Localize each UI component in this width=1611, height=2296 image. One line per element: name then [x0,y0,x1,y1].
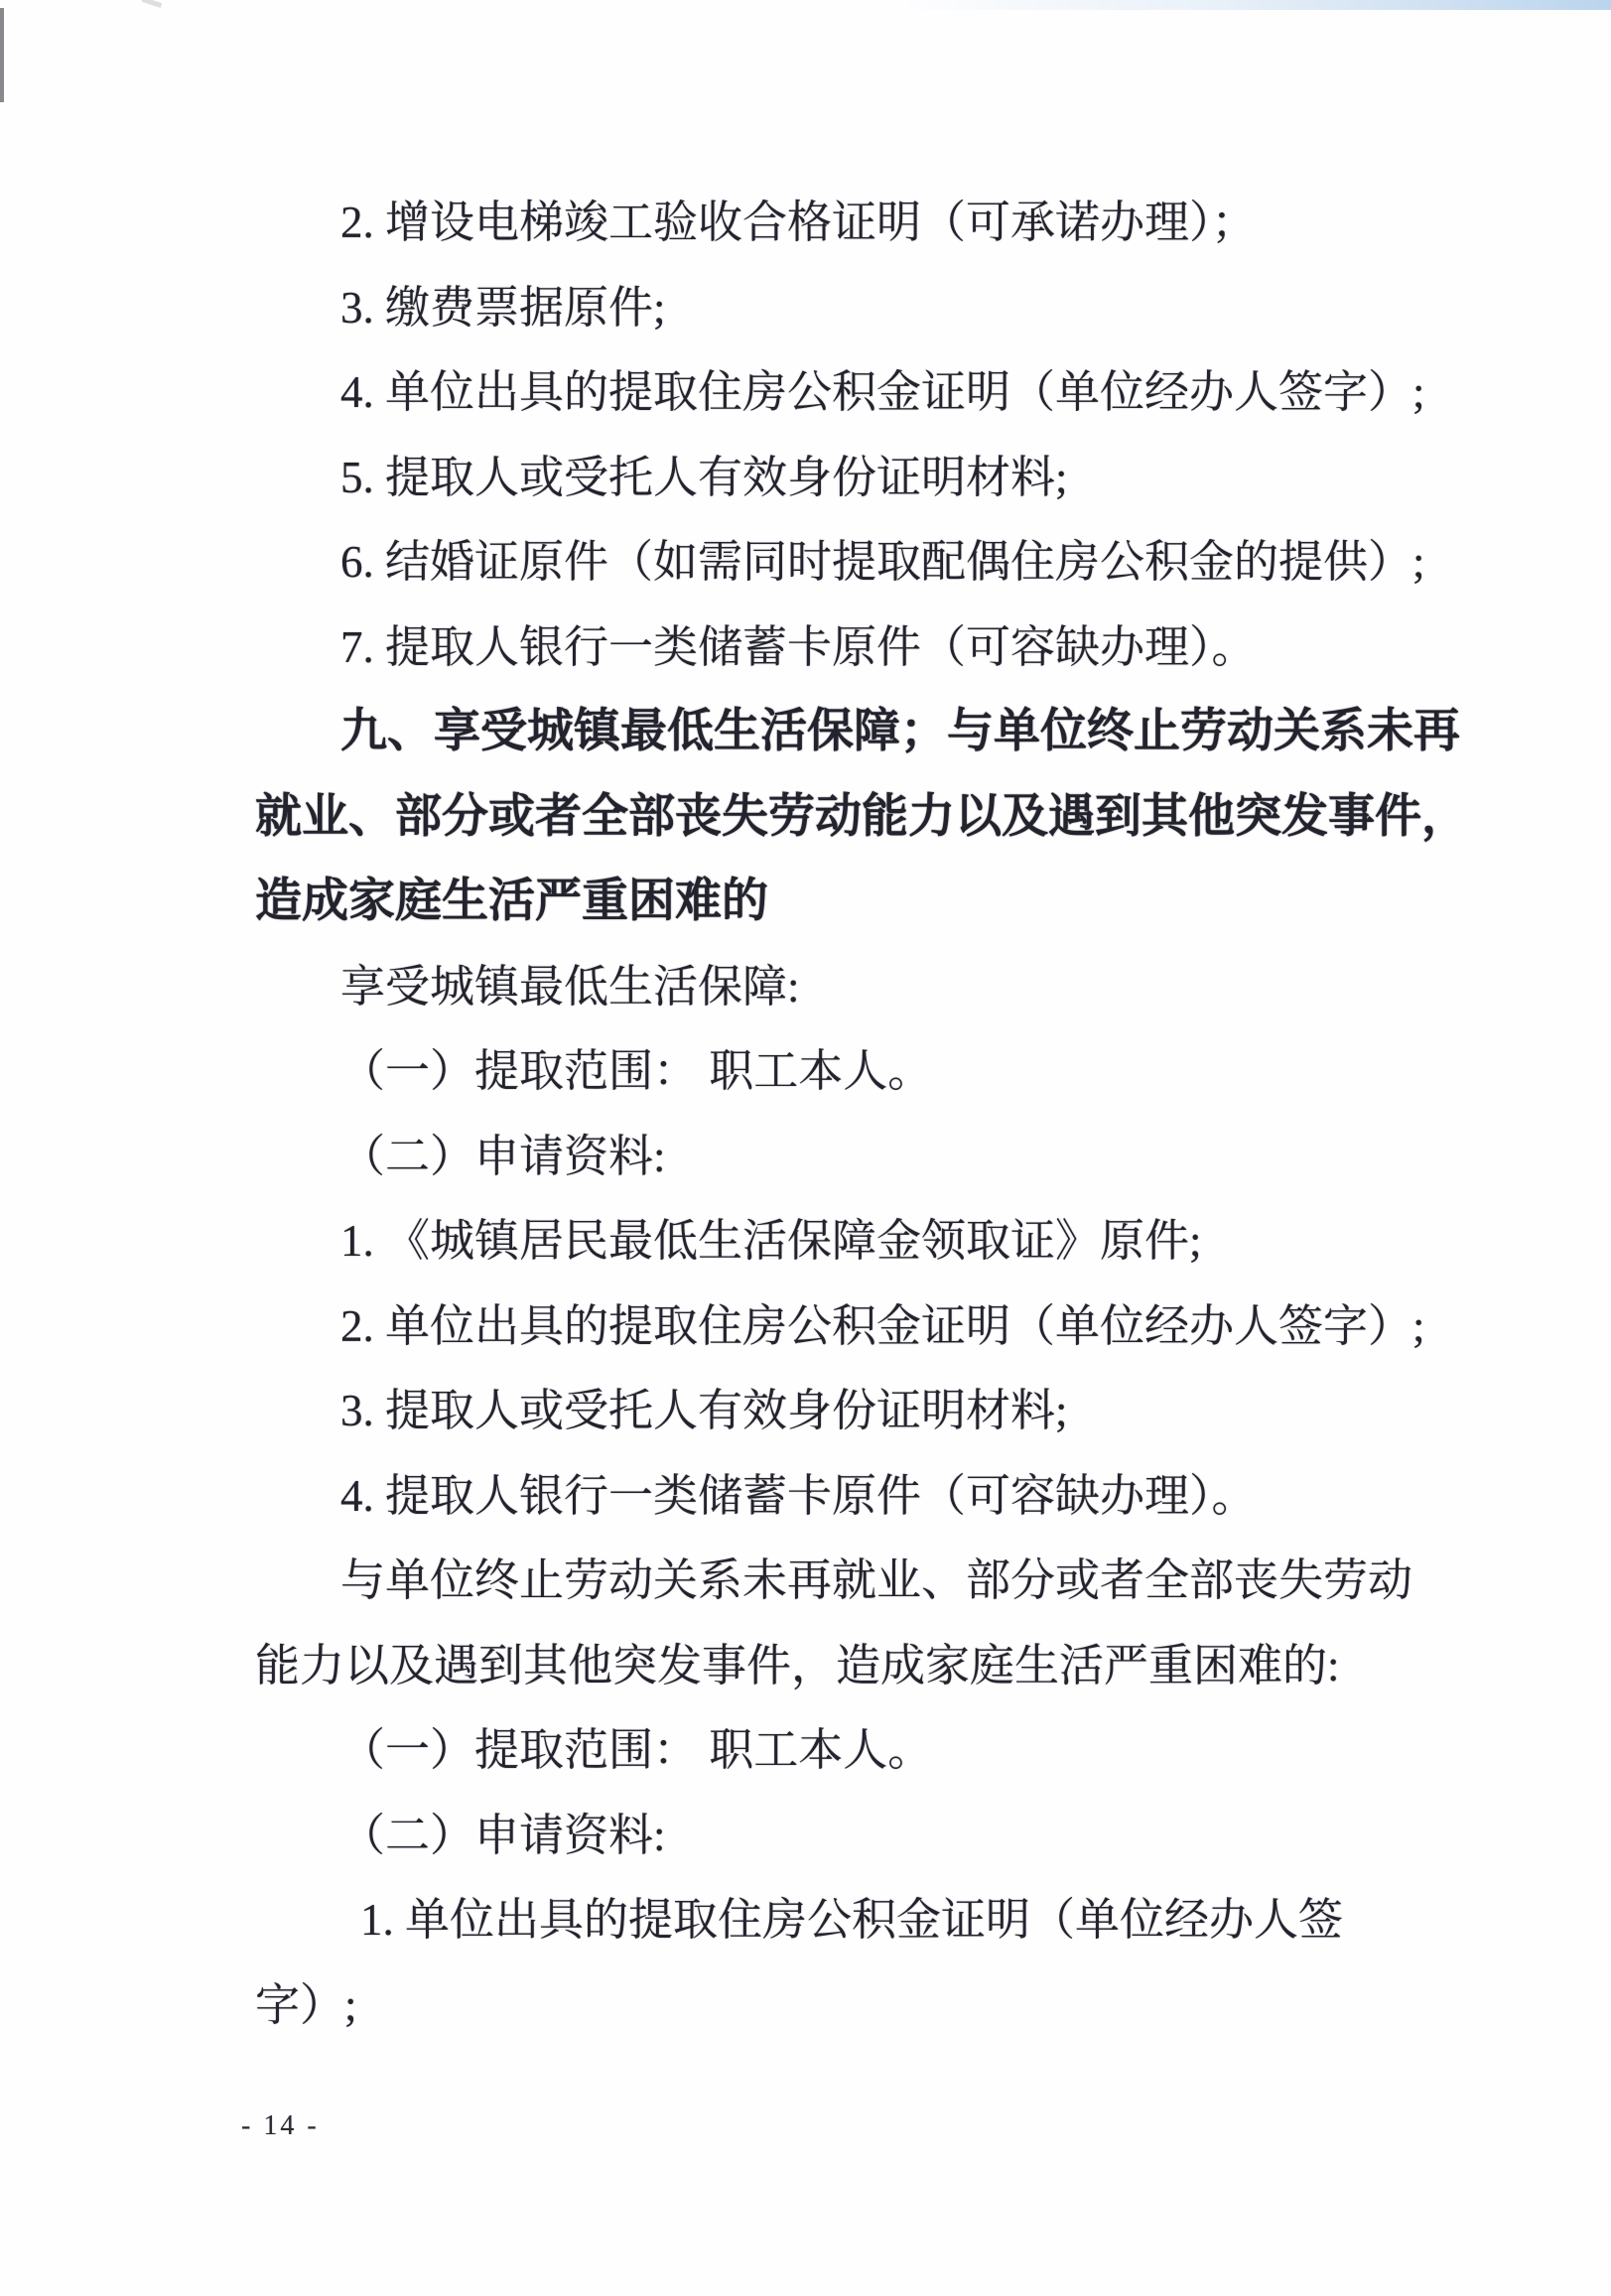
scanned-document-page: 2. 增设电梯竣工验收合格证明（可承诺办理）；3. 缴费票据原件;4. 单位出具… [0,0,1611,2296]
heading-line: 九、享受城镇最低生活保障；与单位终止劳动关系未再 [255,690,1506,775]
text-line: 4. 提取人银行一类储蓄卡原件（可容缺办理）。 [255,1454,1506,1540]
document-body: 2. 增设电梯竣工验收合格证明（可承诺办理）；3. 缴费票据原件;4. 单位出具… [255,181,1506,2048]
text-line: 5. 提取人或受托人有效身份证明材料; [255,436,1506,521]
text-line: 能力以及遇到其他突发事件，造成家庭生活严重困难的: [255,1624,1506,1709]
scan-edge-tint [893,0,1611,10]
text-line: 1. 《城镇居民最低生活保障金领取证》原件; [255,1199,1506,1284]
heading-line: 就业、部分或者全部丧失劳动能力以及遇到其他突发事件， [255,775,1506,861]
page-number: - 14 - [241,2110,320,2142]
heading-line: 造成家庭生活严重困难的 [255,860,1506,945]
text-line: 享受城镇最低生活保障: [255,945,1506,1030]
text-line: 1. 单位出具的提取住房公积金证明（单位经办人签 [255,1878,1506,1963]
text-line: （二）申请资料: [255,1115,1506,1200]
text-line: 字）; [255,1963,1506,2049]
text-line: （一）提取范围： 职工本人。 [255,1029,1506,1115]
scan-smudge [142,0,163,8]
text-line: 2. 增设电梯竣工验收合格证明（可承诺办理）； [255,181,1506,266]
text-line: 2. 单位出具的提取住房公积金证明（单位经办人签字）; [255,1284,1506,1370]
text-line: 3. 提取人或受托人有效身份证明材料; [255,1369,1506,1454]
text-line: 与单位终止劳动关系未再就业、部分或者全部丧失劳动 [255,1539,1506,1624]
text-line: （二）申请资料: [255,1794,1506,1879]
text-line: 6. 结婚证原件（如需同时提取配偶住房公积金的提供）; [255,520,1506,606]
text-line: 3. 缴费票据原件; [255,266,1506,351]
text-line: 7. 提取人银行一类储蓄卡原件（可容缺办理）。 [255,606,1506,691]
text-line: 4. 单位出具的提取住房公积金证明（单位经办人签字）; [255,350,1506,436]
text-line: （一）提取范围： 职工本人。 [255,1708,1506,1794]
scan-edge-mark [0,8,4,102]
